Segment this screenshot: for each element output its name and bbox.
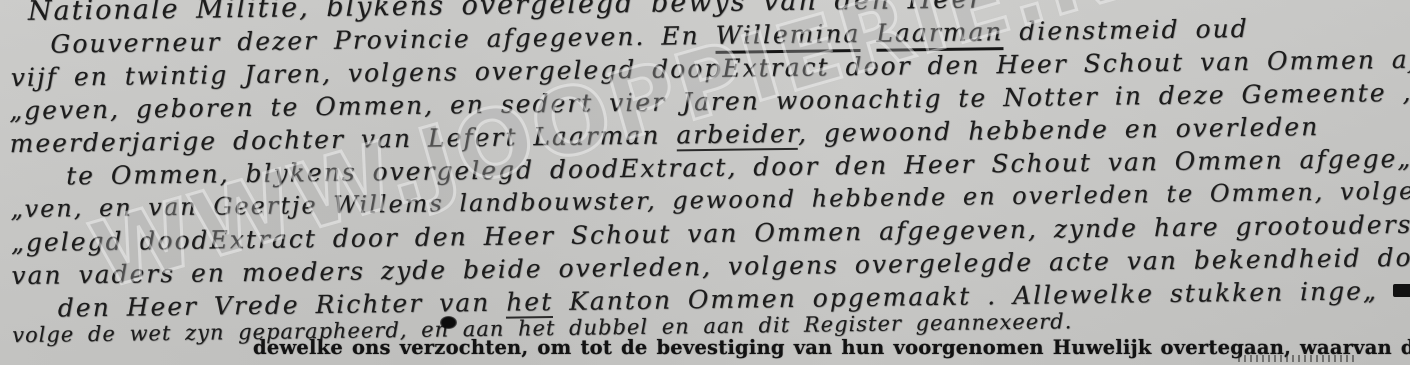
- manuscript: Nationale Militie, blykens overgelegd be…: [8, 0, 1410, 352]
- manuscript-text: [860, 19, 876, 48]
- printed-form-text: dewelke ons verzochten, om tot de bevest…: [253, 336, 1403, 359]
- manuscript-text: dienstmeid oud: [1003, 14, 1249, 46]
- manuscript-text: , gewoond hebbende en overleden: [798, 112, 1320, 148]
- scan-mark-right-edge: [1393, 284, 1410, 297]
- underlined-name: Willemina: [715, 19, 860, 54]
- underlined-name: arbeider: [676, 119, 798, 152]
- scanned-document-page: Nationale Militie, blykens overgelegd be…: [0, 0, 1410, 365]
- ink-blot: [440, 316, 457, 329]
- scan-speckles: [1238, 355, 1358, 362]
- underlined-name: Laarman: [876, 17, 1003, 52]
- scan-edge-artifact: [0, 0, 7, 365]
